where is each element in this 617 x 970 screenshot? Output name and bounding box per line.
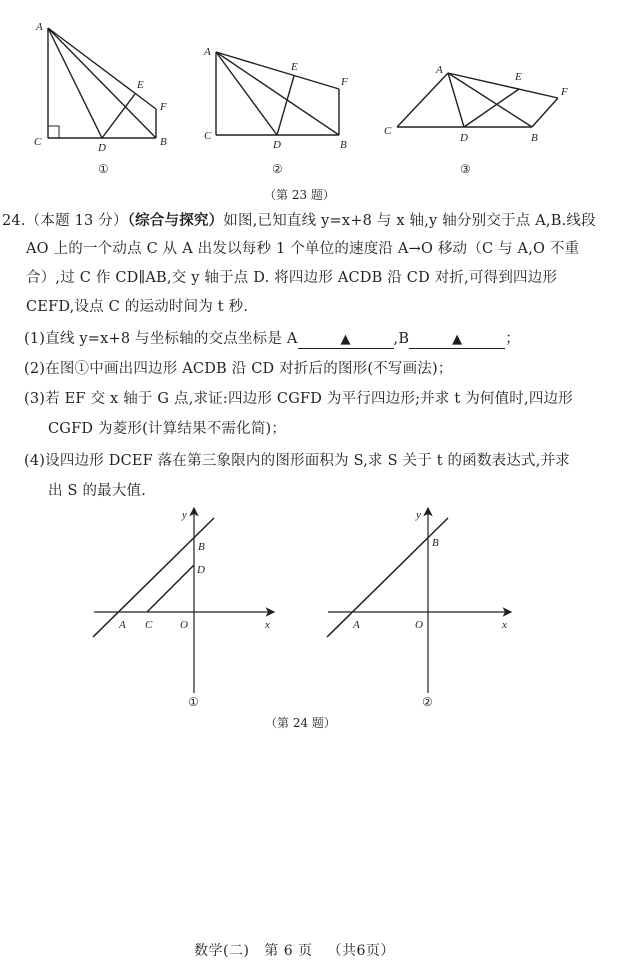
part-text-end: ； [505,331,520,347]
part-text-mid: ,B [394,331,410,347]
point-label-D: D [459,132,468,144]
question-score: （本题 13 分） [26,213,128,229]
point-label-F: F [560,86,568,98]
q24-part-3: (3)若 EF 交 x 轴于 G 点,求证:四边形 CGFD 为平行四边形;并求… [24,385,573,414]
point-label-D: D [272,139,281,151]
point-label-C: C [384,125,392,137]
q24-figure-1: y x B D A C O ① [80,500,300,715]
part-text: 设四边形 DCEF 落在第三象限内的图形面积为 S,求 S 关于 t 的函数表达… [45,453,570,469]
figure-index-label: ② [422,695,433,709]
question-category: （综合与探究） [128,212,224,229]
part-text: 若 EF 交 x 轴于 G 点,求证:四边形 CGFD 为平行四边形;并求 t … [45,391,573,407]
answer-placeholder-triangle: ▲ [340,332,350,347]
point-label-A: A [35,21,43,33]
point-label-B: B [531,132,538,144]
page-footer: 数学(二) 第 6 页 （共6页） [194,940,395,960]
figure-index-label: ② [272,162,283,176]
figure-index-label: ① [188,695,199,709]
q24-figure-2: y x B A O ② [315,500,530,715]
q23-caption: （第 23 题） [264,186,335,203]
part-label: (3) [24,391,45,407]
point-label-B: B [198,541,205,553]
point-label-O: O [180,619,188,631]
q23-figure-1: A C D B E F ① [0,0,200,185]
point-label-A: A [118,619,126,631]
axis-label-y: y [181,509,187,521]
point-label-E: E [290,61,298,73]
part-label: (1) [24,331,45,347]
q24-stem-line-3: 合）,过 C 作 CD∥AB,交 y 轴于点 D. 将四边形 ACDB 沿 CD… [26,264,557,293]
q24-part-2: (2)在图①中画出四边形 ACDB 沿 CD 对折后的图形(不写画法)； [24,355,453,384]
point-label-F: F [340,76,348,88]
q24-part-3-cont: CGFD 为菱形(计算结果不需化简)； [48,415,286,444]
point-label-A: A [435,64,443,76]
q24-stem-line-2: AO 上的一个动点 C 从 A 出发以每秒 1 个单位的速度沿 A→O 移动（C… [26,235,579,264]
footer-page-number: 第 6 页 [264,943,312,959]
point-label-D: D [97,142,106,154]
point-label-B: B [432,537,439,549]
part-label: (2) [24,361,45,377]
point-label-B: B [340,139,347,151]
q24-part-4: (4)设四边形 DCEF 落在第三象限内的图形面积为 S,求 S 关于 t 的函… [24,447,570,476]
answer-placeholder-triangle: ▲ [452,332,462,347]
q23-figure-3: A C D B E F ③ [375,0,575,185]
point-label-E: E [136,79,144,91]
point-label-E: E [514,71,522,83]
point-label-C: C [145,619,153,631]
point-label-O: O [415,619,423,631]
axis-label-y: y [415,509,421,521]
point-label-D: D [196,564,205,576]
point-label-C: C [204,130,212,142]
q24-stem-line-4: CEFD,设点 C 的运动时间为 t 秒. [26,293,248,322]
q24-part-1: (1)直线 y=x+8 与坐标轴的交点坐标是 A▲,B▲； [24,325,520,354]
footer-subject: 数学(二) [194,943,249,959]
question-number: 24. [2,213,26,229]
part-text: 在图①中画出四边形 ACDB 沿 CD 对折后的图形(不写画法)； [45,361,452,377]
q24-stem-line-1: 24.（本题 13 分）（综合与探究）如图,已知直线 y=x+8 与 x 轴,y… [2,206,596,236]
point-label-C: C [34,136,42,148]
point-label-A: A [203,46,211,58]
part-label: (4) [24,453,45,469]
answer-blank-B[interactable]: ▲ [409,331,505,349]
point-label-F: F [159,101,167,113]
axis-label-x: x [264,619,270,631]
point-label-A: A [352,619,360,631]
axis-label-x: x [501,619,507,631]
q24-caption: （第 24 题） [265,714,336,731]
point-label-B: B [160,136,167,148]
part-text: 直线 y=x+8 与坐标轴的交点坐标是 A [45,331,297,347]
answer-blank-A[interactable]: ▲ [298,331,394,349]
stem-text: 如图,已知直线 y=x+8 与 x 轴,y 轴分别交于点 A,B.线段 [223,213,595,229]
footer-total-pages: （共6页） [327,943,394,959]
q23-figure-2: A C D B E F ② [195,0,370,185]
figure-index-label: ③ [460,162,471,176]
figure-index-label: ① [98,162,109,176]
